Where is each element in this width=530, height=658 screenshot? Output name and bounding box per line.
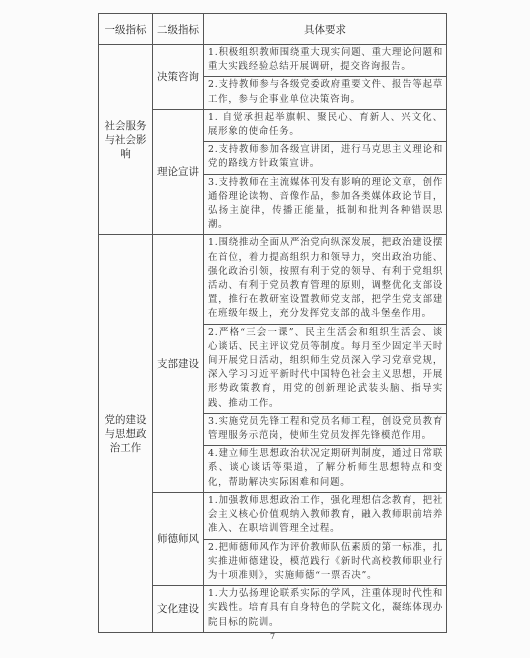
requirement-cell: 2.严格“三会一课”、民主生活会和组织生活会、谈心谈话、民主评议党员等制度。每月… bbox=[204, 324, 447, 413]
requirement-cell: 1.积极组织教师围绕重大现实问题、重大理论问题和重大实践经验总结开展调研，提交咨… bbox=[204, 45, 447, 77]
requirement-cell: 1. 自觉承担起举旗帜、聚民心、育新人、兴文化、展形象的使命任务。 bbox=[204, 109, 447, 141]
requirement-cell: 1.大力弘扬理论联系实际的学风，注重体现时代性和实践性。培育具有自身特色的学院文… bbox=[204, 586, 447, 633]
requirement-cell: 1.加强教师思想政治工作，强化理想信念教育，把社会主义核心价值观纳入教师教育，融… bbox=[204, 492, 447, 539]
level2-cell: 决策咨询 bbox=[153, 45, 204, 110]
level2-cell: 理论宣讲 bbox=[153, 109, 204, 235]
table-row: 党的建设与思想政治工作 支部建设 1.围绕推动全面从严治党向纵深发展，把政治建设… bbox=[99, 235, 447, 324]
requirement-cell: 1.围绕推动全面从严治党向纵深发展，把政治建设摆在首位，着力提高组织力和领导力，… bbox=[204, 235, 447, 324]
header-level2: 二级指标 bbox=[153, 14, 204, 45]
header-level1: 一级指标 bbox=[99, 14, 153, 45]
requirement-cell: 2.把师德师风作为评价教师队伍素质的第一标准，扎实推进师德建设，模范践行《新时代… bbox=[204, 539, 447, 586]
header-row: 一级指标 二级指标 具体要求 bbox=[99, 14, 447, 45]
requirement-cell: 3.支持教师在主流媒体刊发有影响的理论文章，创作通俗理论读物、音像作品，参加各类… bbox=[204, 174, 447, 235]
page-number: 7 bbox=[270, 632, 275, 641]
level1-cell: 社会服务与社会影响 bbox=[99, 45, 153, 235]
indicator-table: 一级指标 二级指标 具体要求 社会服务与社会影响 决策咨询 1.积极组织教师围绕… bbox=[98, 13, 447, 633]
header-requirements: 具体要求 bbox=[204, 14, 447, 45]
table-row: 社会服务与社会影响 决策咨询 1.积极组织教师围绕重大现实问题、重大理论问题和重… bbox=[99, 45, 447, 77]
level1-cell: 党的建设与思想政治工作 bbox=[99, 235, 153, 632]
requirement-cell: 4.建立师生思想政治状况定期研判制度，通过日常联系、谈心谈话等渠道，了解分析师生… bbox=[204, 446, 447, 493]
requirement-cell: 3.实施党员先锋工程和党员名师工程，创设党员教育管理服务示范岗，使师生党员发挥先… bbox=[204, 413, 447, 445]
requirement-cell: 2.支持教师参加各级宣讲团，进行马克思主义理论和党的路线方针政策宣讲。 bbox=[204, 142, 447, 174]
level2-cell: 文化建设 bbox=[153, 586, 204, 633]
level2-cell: 支部建设 bbox=[153, 235, 204, 492]
level2-cell: 师德师风 bbox=[153, 492, 204, 585]
requirement-cell: 2.支持教师参与各级党委政府重要文件、报告等起草工作，参与企事业单位决策咨询。 bbox=[204, 77, 447, 109]
